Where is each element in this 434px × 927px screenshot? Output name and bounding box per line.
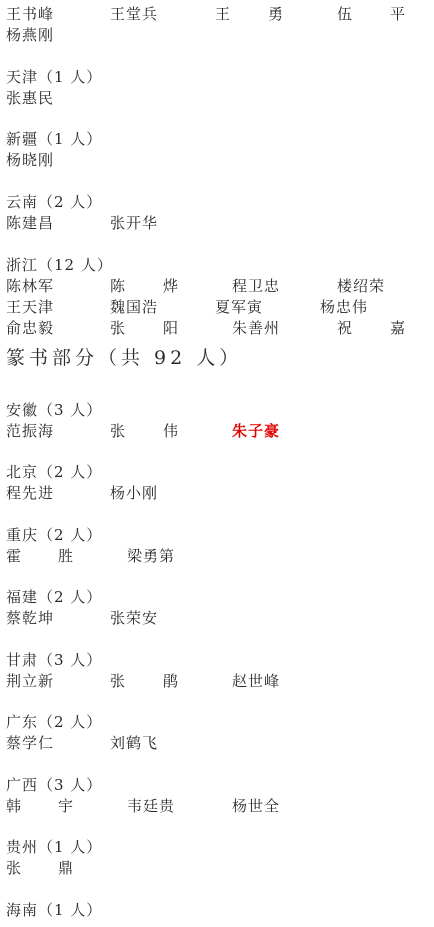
- region-heading: 云南（2 人）: [0, 192, 434, 213]
- name-row: 程先进 杨小刚: [0, 483, 434, 504]
- name-char: 陈: [110, 276, 125, 297]
- name-row: 杨燕刚: [0, 25, 434, 46]
- name-row: 蔡乾坤 张荣安: [0, 608, 434, 629]
- name-row: 霍 胜 梁勇第: [0, 546, 434, 567]
- name-row: 荆立新 张 鹃 赵世峰: [0, 671, 434, 692]
- name: 楼绍荣: [337, 276, 385, 297]
- name: 陈林军: [6, 276, 54, 297]
- name-char: 张: [110, 671, 125, 692]
- name-row: 张惠民: [0, 88, 434, 109]
- name-char: 祝: [337, 318, 352, 339]
- region-heading: 重庆（2 人）: [0, 525, 434, 546]
- name-char: 霍: [6, 546, 21, 567]
- name: 赵世峰: [232, 671, 280, 692]
- name: 王堂兵: [110, 4, 158, 25]
- name-char: 阳: [163, 318, 178, 339]
- name-char: 伍: [337, 4, 352, 25]
- name: 韦廷贵: [127, 796, 175, 817]
- name-char: 王: [215, 4, 230, 25]
- name: 张开华: [110, 213, 158, 234]
- region-heading: 新疆（1 人）: [0, 129, 434, 150]
- name-char: 鼎: [58, 858, 73, 879]
- name: 蔡学仁: [6, 733, 54, 754]
- name: 王天津: [6, 297, 54, 318]
- name-char: 宇: [58, 796, 73, 817]
- region-heading: 贵州（1 人）: [0, 837, 434, 858]
- name: 魏国浩: [110, 297, 158, 318]
- name-char: 嘉: [390, 318, 405, 339]
- name: 杨小刚: [110, 483, 158, 504]
- name-row: 韩 宇 韦廷贵 杨世全: [0, 796, 434, 817]
- name: 程卫忠: [232, 276, 280, 297]
- highlighted-name: 朱子豪: [232, 421, 280, 442]
- name: 刘鹤飞: [110, 733, 158, 754]
- name-char: 平: [390, 4, 405, 25]
- name-char: 勇: [268, 4, 283, 25]
- name-row: 陈林军 陈 烨 程卫忠 楼绍荣: [0, 276, 434, 297]
- name-char: 韩: [6, 796, 21, 817]
- region-heading: 福建（2 人）: [0, 587, 434, 608]
- region-heading: 广西（3 人）: [0, 775, 434, 796]
- region-heading: 海南（1 人）: [0, 900, 434, 921]
- name-row: 陈建昌 张开华: [0, 213, 434, 234]
- name: 俞忠毅: [6, 318, 54, 339]
- region-heading: 浙江（12 人）: [0, 255, 434, 276]
- name-row: 范振海 张 伟 朱子豪: [0, 421, 434, 442]
- name: 荆立新: [6, 671, 54, 692]
- name: 程先进: [6, 483, 54, 504]
- name: 梁勇第: [127, 546, 175, 567]
- name: 陈建昌: [6, 213, 54, 234]
- name-row: 杨晓刚: [0, 150, 434, 171]
- name-row: 张 鼎: [0, 858, 434, 879]
- name-char: 张: [110, 318, 125, 339]
- name-char: 张: [6, 858, 21, 879]
- name: 张荣安: [110, 608, 158, 629]
- region-heading: 广东（2 人）: [0, 712, 434, 733]
- section-title: 篆书部分（共 92 人）: [6, 345, 242, 371]
- region-heading: 天津（1 人）: [0, 67, 434, 88]
- name-row: 俞忠毅 张 阳 朱善州 祝 嘉: [0, 318, 434, 339]
- name: 杨燕刚: [6, 25, 54, 46]
- name-char: 伟: [163, 421, 178, 442]
- name-char: 张: [110, 421, 125, 442]
- name: 夏军寅: [215, 297, 263, 318]
- name: 王书峰: [6, 4, 54, 25]
- name-row: 王书峰 王堂兵 王 勇 伍 平: [0, 4, 434, 25]
- name-char: 烨: [163, 276, 178, 297]
- name-row: 蔡学仁 刘鹤飞: [0, 733, 434, 754]
- region-heading: 甘肃（3 人）: [0, 650, 434, 671]
- name: 朱善州: [232, 318, 280, 339]
- name: 蔡乾坤: [6, 608, 54, 629]
- name: 杨忠伟: [320, 297, 368, 318]
- region-heading: 安徽（3 人）: [0, 400, 434, 421]
- name: 杨晓刚: [6, 150, 54, 171]
- name-char: 鹃: [163, 671, 178, 692]
- name: 张惠民: [6, 88, 54, 109]
- name: 范振海: [6, 421, 54, 442]
- name-row: 王天津 魏国浩 夏军寅 杨忠伟: [0, 297, 434, 318]
- name-char: 胜: [58, 546, 73, 567]
- region-heading: 北京（2 人）: [0, 462, 434, 483]
- name: 杨世全: [232, 796, 280, 817]
